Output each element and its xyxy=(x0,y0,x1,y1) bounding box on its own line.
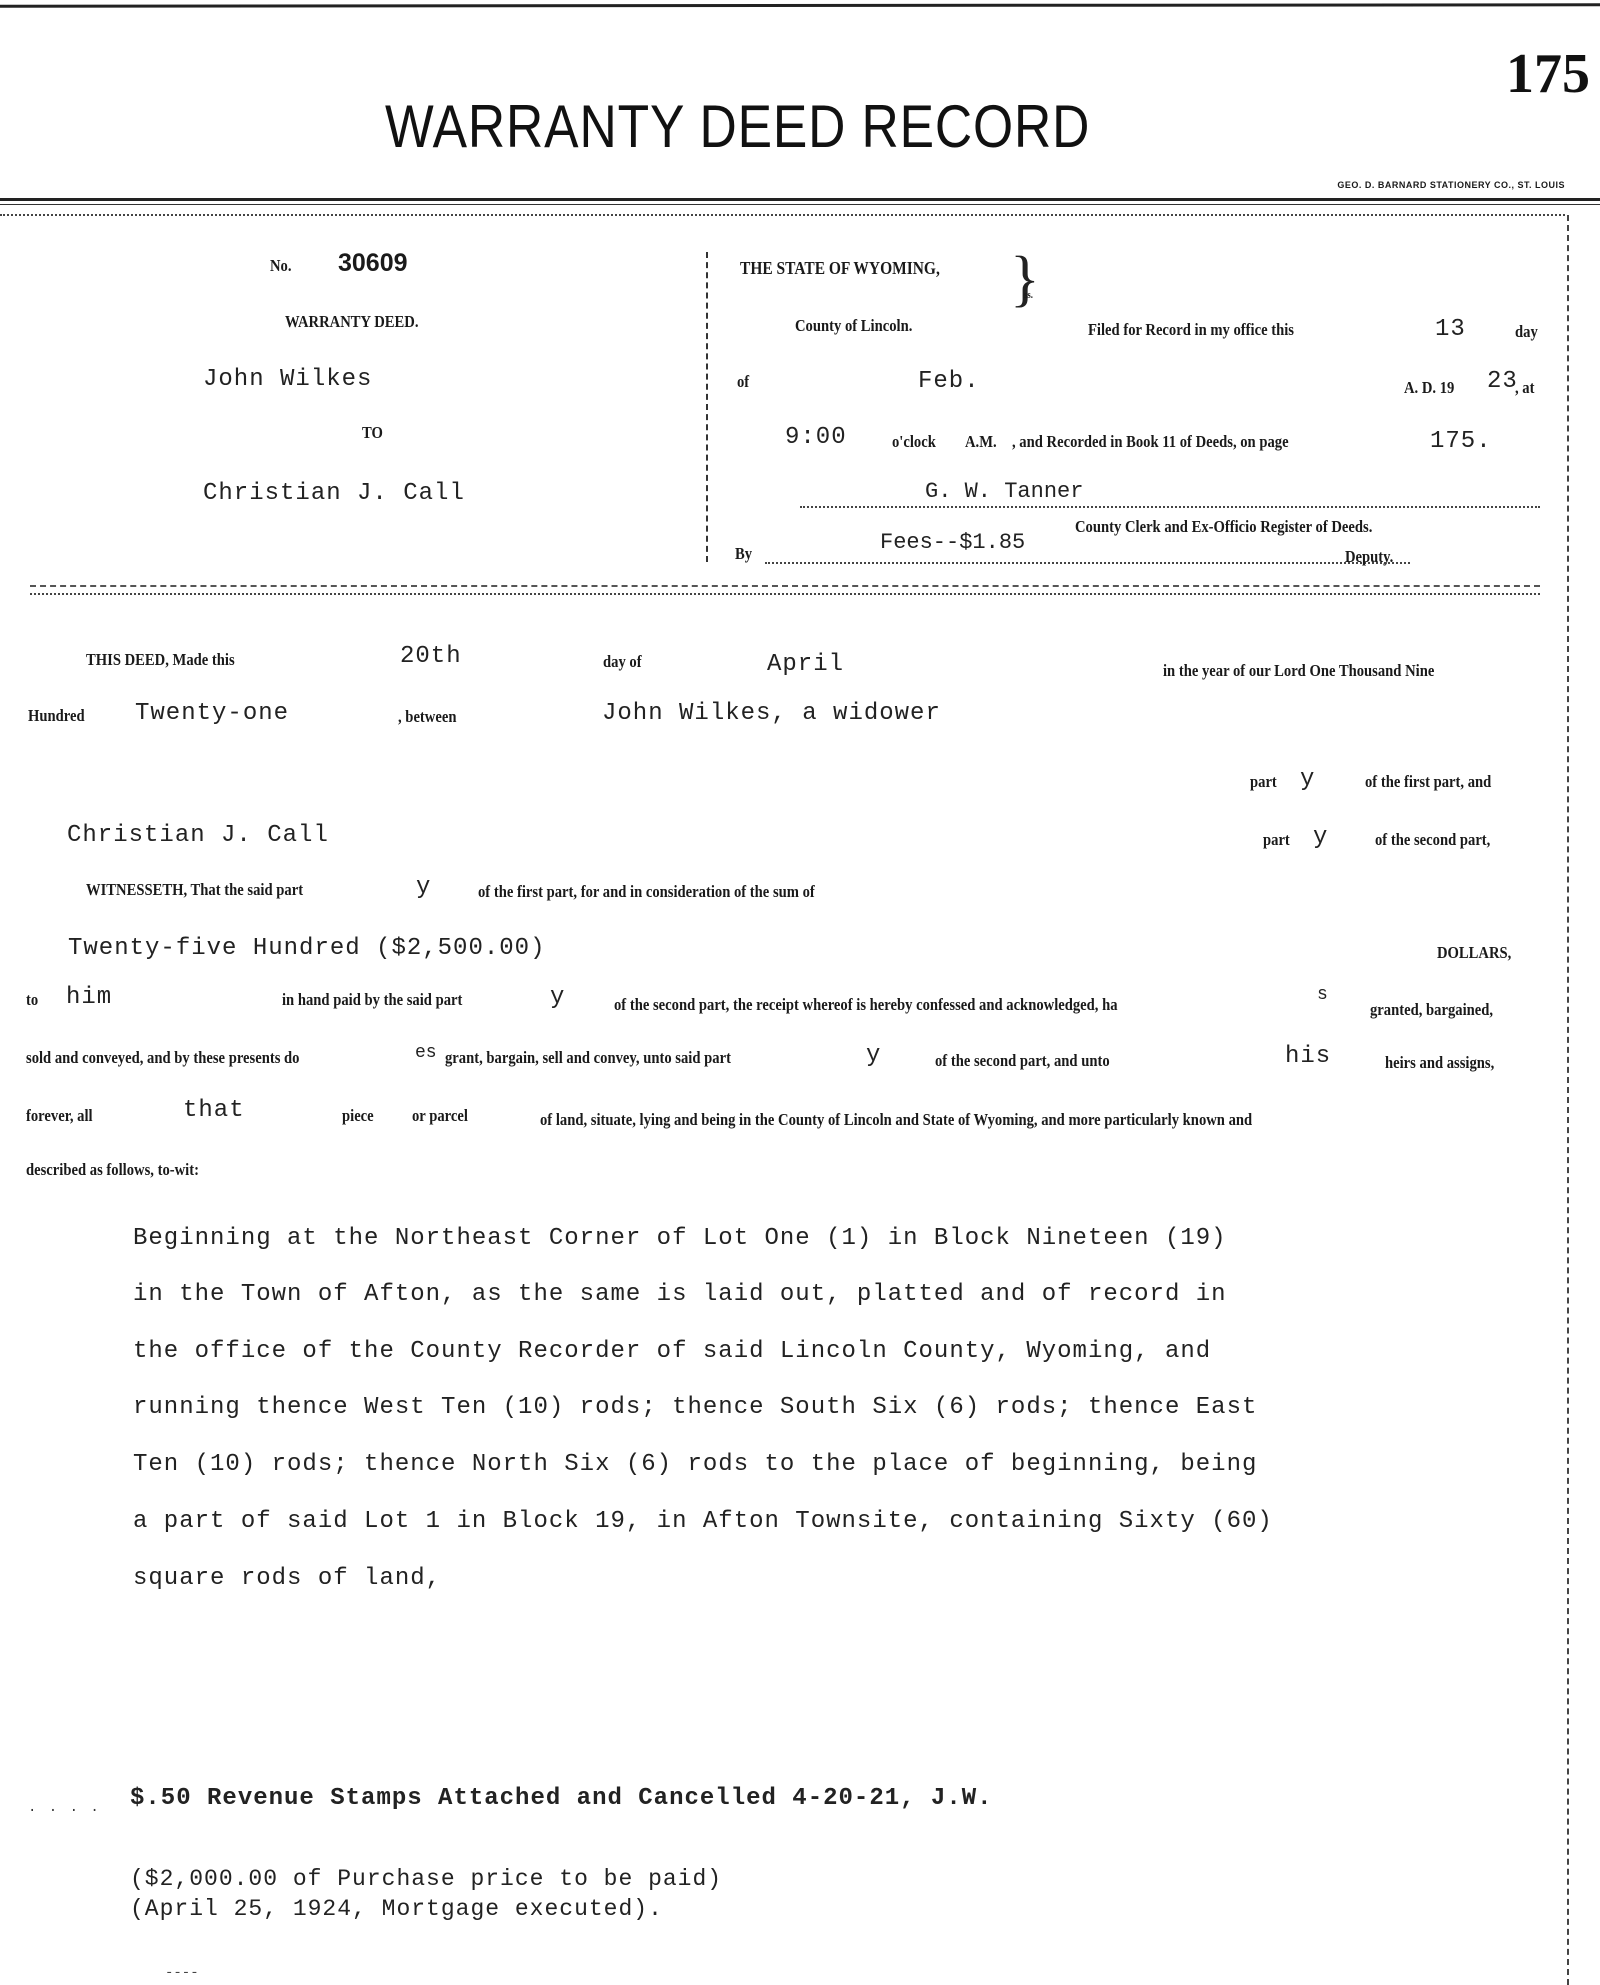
record-number: 30609 xyxy=(338,249,408,278)
second-part-label: of the second part, xyxy=(1375,830,1490,850)
at-label: , at xyxy=(1515,378,1534,398)
grantee-name: Christian J. Call xyxy=(203,480,465,507)
stamps-note: $.50 Revenue Stamps Attached and Cancell… xyxy=(130,1785,993,1812)
page-number: 175 xyxy=(1506,42,1590,106)
leader-dots: . . . . xyxy=(28,1800,101,1816)
legal-line: square rods of land, xyxy=(133,1565,441,1592)
oclock-label: o'clock xyxy=(892,432,936,452)
made-day: 20th xyxy=(400,643,462,670)
by-label: By xyxy=(735,544,752,564)
part-suffix-2: y xyxy=(1313,824,1328,851)
number-label: No. xyxy=(270,256,292,276)
receipt-suffix: s xyxy=(1317,985,1328,1005)
state-label: THE STATE OF WYOMING, xyxy=(740,258,940,279)
ss-label: ss. xyxy=(1024,290,1033,301)
consideration-label: of the first part, for and in considerat… xyxy=(478,882,815,902)
made-month: April xyxy=(767,651,844,678)
deed-type: WARRANTY DEED. xyxy=(285,312,418,332)
conveyed-label: sold and conveyed, and by these presents… xyxy=(26,1048,300,1068)
filed-time: 9:00 xyxy=(785,424,847,451)
filed-label: Filed for Record in my office this xyxy=(1088,320,1294,340)
legal-line: Beginning at the Northeast Corner of Lot… xyxy=(133,1225,1227,1252)
day-label: day xyxy=(1515,322,1538,342)
part-suffix-1: y xyxy=(1300,766,1315,793)
filed-year: 23 xyxy=(1487,368,1518,395)
grant-label: grant, bargain, sell and convey, unto sa… xyxy=(445,1048,731,1068)
deputy-line xyxy=(765,562,1410,564)
second-party: Christian J. Call xyxy=(67,822,329,849)
made-label: THIS DEED, Made this xyxy=(86,650,235,670)
mortgage-note: (April 25, 1924, Mortgage executed). xyxy=(130,1896,663,1922)
deputy-label: Deputy. xyxy=(1345,547,1393,567)
hundred-label: Hundred xyxy=(28,706,85,726)
year-prefix: in the year of our Lord One Thousand Nin… xyxy=(1163,661,1434,681)
sum-words: Twenty-five Hundred ($2,500.00) xyxy=(68,935,545,962)
legal-line: in the Town of Afton, as the same is lai… xyxy=(133,1281,1227,1308)
witnesseth-label: WITNESSETH, That the said part xyxy=(86,880,303,900)
of-label: of xyxy=(737,372,749,392)
unto-whom: his xyxy=(1285,1043,1331,1070)
county-label: County of Lincoln. xyxy=(795,316,912,336)
granted-label: granted, bargained, xyxy=(1370,1000,1493,1020)
page-title: WARRANTY DEED RECORD xyxy=(385,92,1090,161)
forever-that: that xyxy=(183,1097,245,1124)
clerk-title: County Clerk and Ex-Officio Register of … xyxy=(1075,517,1372,537)
land-label: of land, situate, lying and being in the… xyxy=(540,1110,1252,1130)
clerk-name: G. W. Tanner xyxy=(925,479,1083,504)
grantor-name: John Wilkes xyxy=(203,366,372,393)
part-label-1: part xyxy=(1250,772,1277,792)
conveyed-suffix: es xyxy=(415,1043,437,1063)
first-part-label: of the first part, and xyxy=(1365,772,1491,792)
witnesseth-suffix: y xyxy=(416,874,431,901)
section-divider-dotted xyxy=(30,593,1540,595)
filed-month: Feb. xyxy=(918,368,980,395)
grant-suffix: y xyxy=(866,1042,881,1069)
recorded-page: 175. xyxy=(1430,428,1492,455)
paid-label: in hand paid by the said part xyxy=(282,990,462,1010)
am-pm: A.M. xyxy=(965,432,997,452)
part-label-2: part xyxy=(1263,830,1290,850)
right-margin-border xyxy=(1567,215,1569,1985)
stationer-imprint: GEO. D. BARNARD STATIONERY CO., ST. LOUI… xyxy=(1337,180,1565,190)
filed-day: 13 xyxy=(1435,316,1466,343)
legal-line: running thence West Ten (10) rods; thenc… xyxy=(133,1394,1257,1421)
parcel-label: or parcel xyxy=(412,1106,468,1126)
to-label: to xyxy=(26,990,38,1010)
ad-label: A. D. 19 xyxy=(1404,378,1454,398)
receipt-label: of the second part, the receipt whereof … xyxy=(614,995,1118,1015)
to-whom: him xyxy=(66,984,112,1011)
dollars-label: DOLLARS, xyxy=(1437,943,1511,963)
legal-line: Ten (10) rods; thence North Six (6) rods… xyxy=(133,1451,1257,1478)
block-divider-brace xyxy=(706,252,708,562)
to-label: TO xyxy=(362,423,383,443)
forever-label: forever, all xyxy=(26,1106,93,1126)
header-dotted-rule xyxy=(0,214,1565,216)
purchase-note: ($2,000.00 of Purchase price to be paid) xyxy=(130,1866,722,1892)
section-divider xyxy=(30,585,1540,587)
trailing-dashes: ---- xyxy=(165,1965,199,1981)
legal-line: the office of the County Recorder of sai… xyxy=(133,1338,1211,1365)
heirs-label: heirs and assigns, xyxy=(1385,1053,1494,1073)
unto-label: of the second part, and unto xyxy=(935,1051,1110,1071)
first-party: John Wilkes, a widower xyxy=(602,700,941,727)
fees-amount: Fees--$1.85 xyxy=(880,530,1025,555)
described-label: described as follows, to-wit: xyxy=(26,1160,199,1180)
between-label: , between xyxy=(398,707,456,727)
day-of-label: day of xyxy=(603,652,642,672)
top-border-line xyxy=(0,3,1600,7)
paid-suffix: y xyxy=(550,984,565,1011)
recorded-label: , and Recorded in Book 11 of Deeds, on p… xyxy=(1012,432,1289,452)
clerk-signature-line xyxy=(800,506,1540,508)
legal-line: a part of said Lot 1 in Block 19, in Aft… xyxy=(133,1508,1273,1535)
header-divider xyxy=(0,198,1600,205)
piece-label: piece xyxy=(342,1106,374,1126)
year-words: Twenty-one xyxy=(135,700,289,727)
